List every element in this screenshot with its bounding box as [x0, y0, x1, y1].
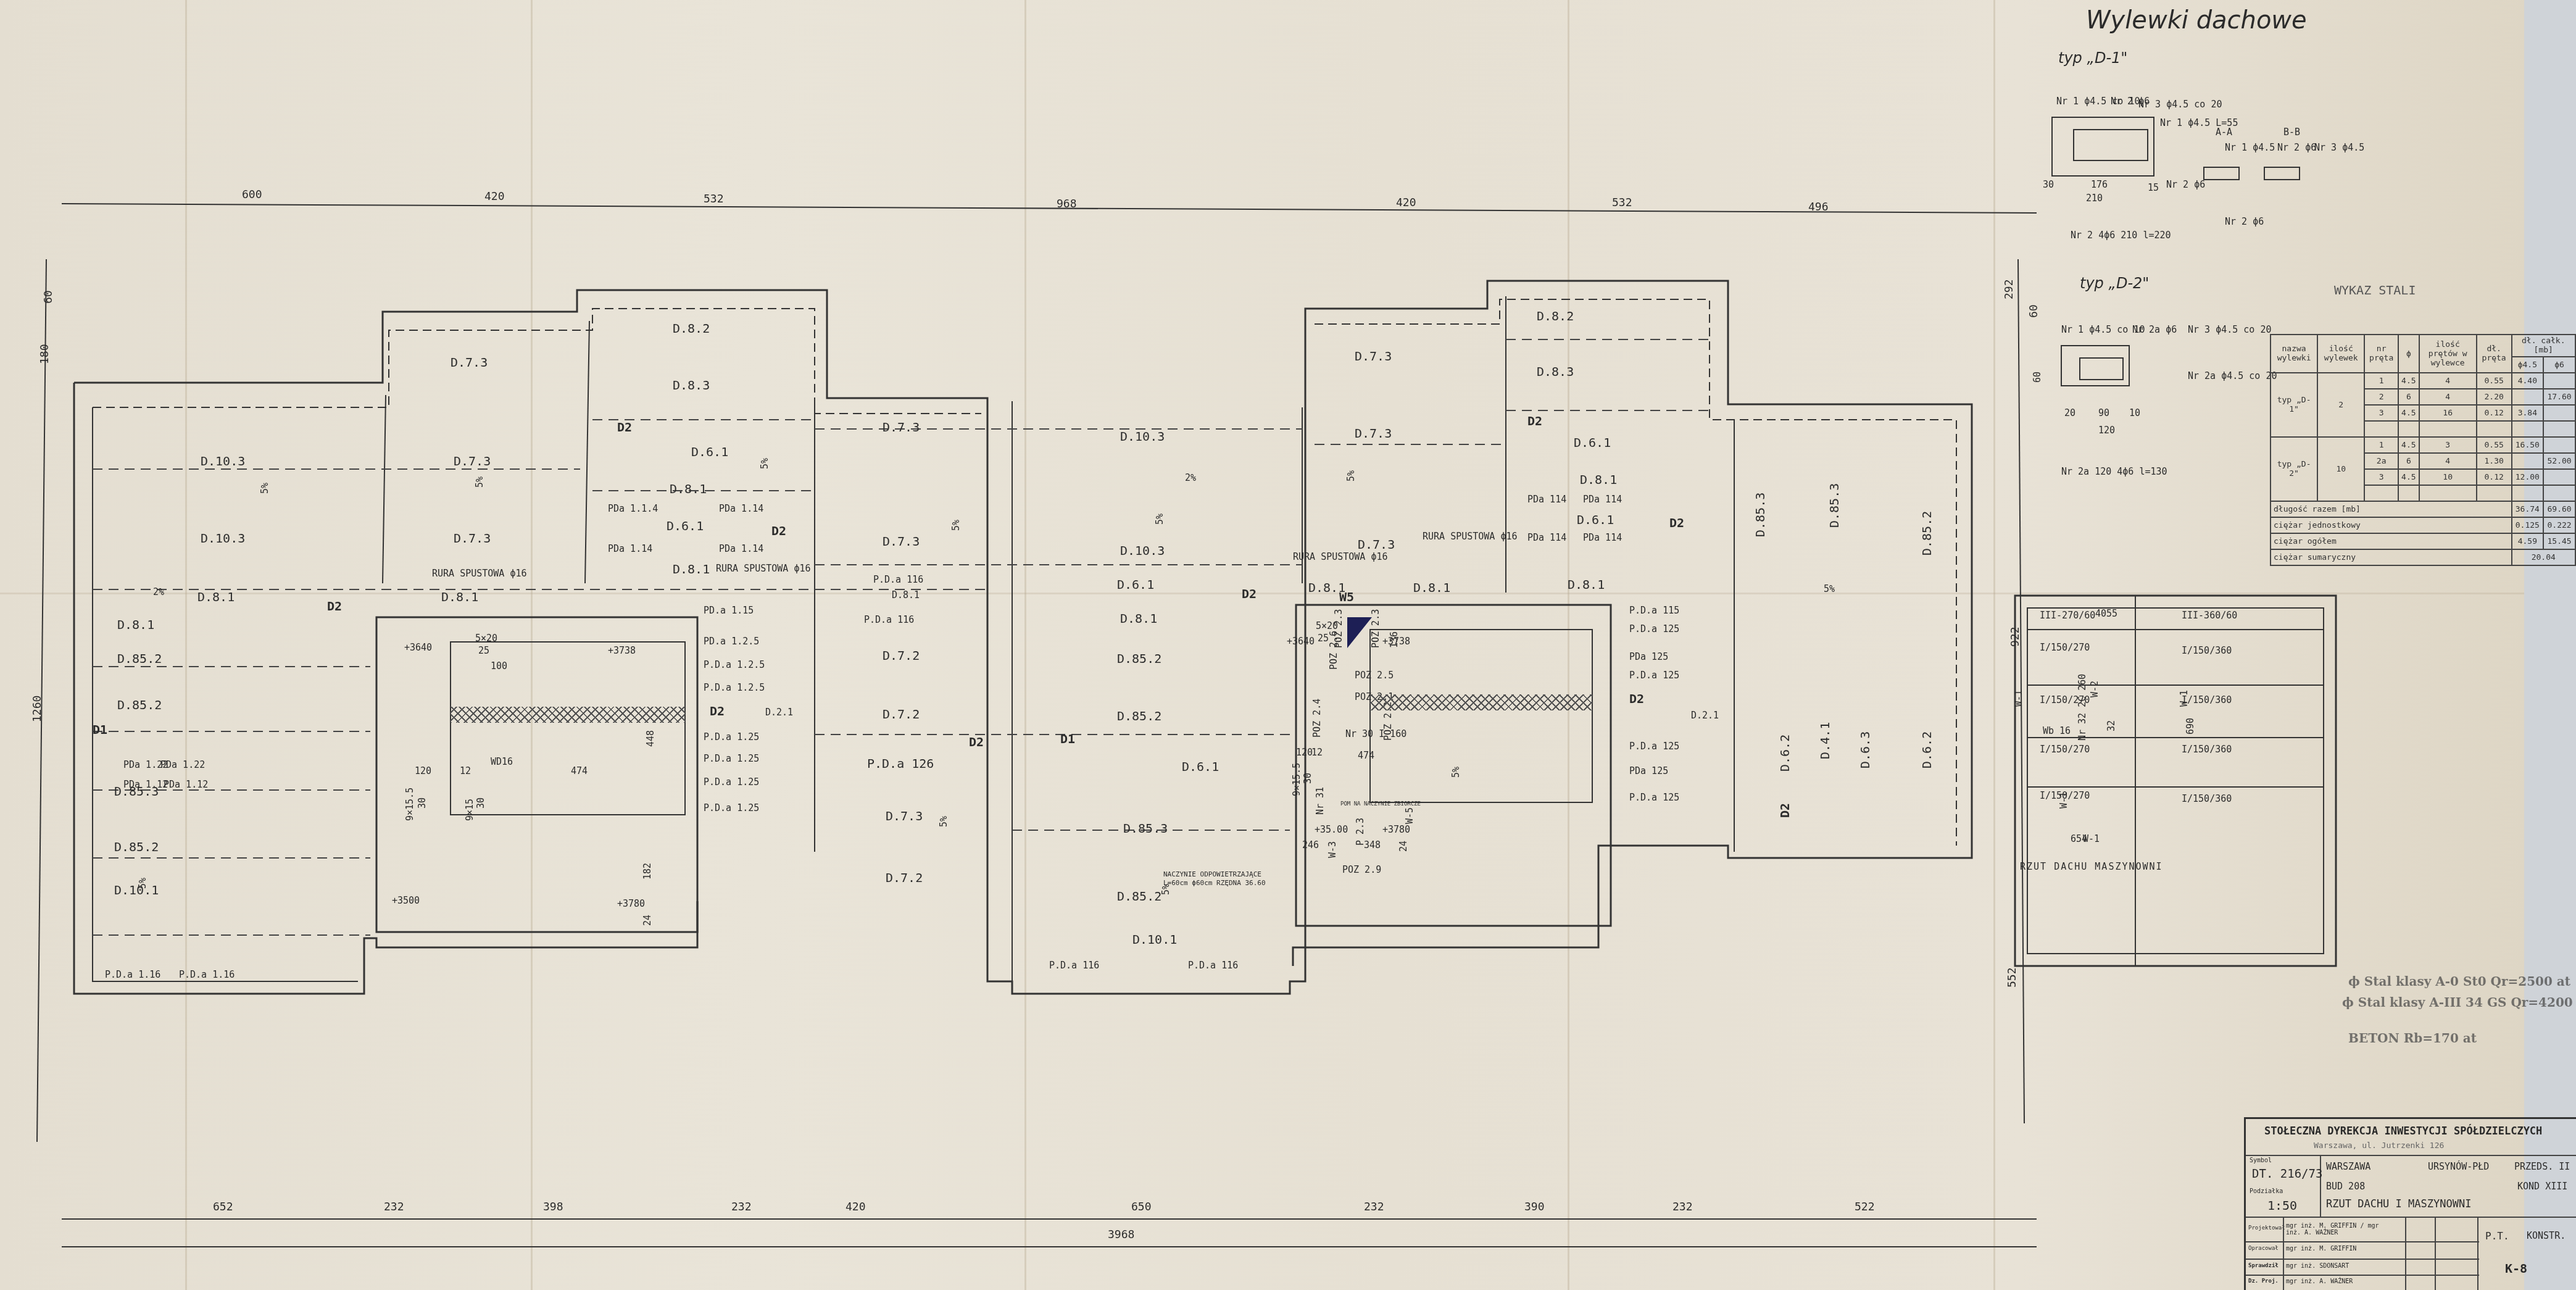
dimension: 532 [1612, 196, 1632, 209]
fill-label: P.D.a 1.2.5 [704, 682, 765, 693]
roof-zone-label: D.7.3 [1355, 349, 1392, 364]
fill-label: PDa 1.14 [719, 503, 763, 514]
scale: 1:50 [2267, 1198, 2297, 1213]
slope-label: 2% [1185, 472, 1196, 483]
roof-zone-label: D.85.2 [114, 839, 159, 854]
dimension: 176 [2091, 179, 2108, 190]
fill-label: PDa 125 [1629, 651, 1668, 662]
slope-label: 5% [1345, 470, 1357, 481]
col-header: ϕ4.5 [2512, 357, 2544, 373]
roof-zone-label: D.8.1 [441, 589, 478, 604]
position-label: POZ 2.5 [1355, 670, 1394, 681]
wall-label: W5 [1339, 589, 1354, 604]
cell [2543, 437, 2575, 453]
rebar-callout: Nr 3 ϕ4.5 co 20 [2138, 99, 2222, 110]
fill-label: PDa 1.12 [123, 779, 168, 790]
cell: 52.00 [2543, 453, 2575, 469]
roof-zone-label: D.8.1 [1120, 611, 1157, 626]
fill-label: P.D.a 1.25 [704, 802, 759, 814]
cell: 0.55 [2477, 437, 2512, 453]
dimension: 600 [242, 188, 262, 201]
col-header: ϕ6 [2543, 357, 2575, 373]
dimension: 968 [1057, 198, 1077, 210]
roof-zone-label: D.6.1 [1117, 577, 1154, 592]
dimension: 12 [1311, 747, 1323, 758]
fill-label: PDa 1.22 [160, 759, 205, 770]
downpipe-label: RURA SPUSTOWA ϕ16 [1293, 551, 1388, 562]
roof-zone-label: D.6.1 [691, 444, 728, 459]
col-header: ilość prętów w wylewce [2419, 335, 2477, 373]
col-header: ϕ [2398, 335, 2419, 373]
cell: 2a [2364, 453, 2398, 469]
rebar-callout: Nr 3 ϕ4.5 co 20 [2188, 324, 2271, 335]
hatched-beam [1370, 694, 1592, 710]
cell: 3.84 [2512, 405, 2544, 421]
wall-label: W-1 [2013, 690, 2024, 707]
steel-table-title: WYKAZ STALI [2334, 283, 2416, 298]
fill-label: P.D.a 116 [873, 574, 923, 585]
slope-label: 5% [759, 458, 770, 469]
elevation-label: +3640 [404, 642, 432, 653]
drawing-title: RZUT DACHU I MASZYNOWNI [2326, 1198, 2471, 1210]
table-row: typ „D-2" 10 1 4.5 3 0.55 16.50 [2271, 437, 2575, 453]
fill-label: PDa 114 [1583, 532, 1622, 543]
cell: 69.60 [2543, 501, 2575, 517]
dimension: 474 [571, 765, 588, 776]
slope-label: 5% [259, 483, 270, 494]
cell: 0.55 [2477, 373, 2512, 389]
fill-label: P.D.a 116 [864, 614, 914, 625]
table-row: długość razem [mb] 36.74 69.60 [2271, 501, 2575, 517]
person-name: mgr inż. M. GRIFFIN / mgr inż. A. WAŻNER [2286, 1223, 2385, 1236]
elevation-label: +3780 [1382, 824, 1410, 835]
panel-label: I/150/270 [2040, 744, 2090, 755]
slope-label: 2% [153, 586, 164, 597]
fill-label: D.2.1 [1691, 710, 1719, 721]
cell: 1 [2364, 373, 2398, 389]
roof-zone-label: D.8.1 [673, 562, 710, 576]
section-aa-shape [2203, 167, 2240, 180]
roof-zone-label: D.6.1 [667, 518, 704, 533]
fill-label: PDa 1.14 [719, 543, 763, 554]
dimension: 4055 [2095, 608, 2117, 619]
cell: 1 [2364, 437, 2398, 453]
detail-title: typ „D-1" [2058, 49, 2127, 67]
stair-label: 9×15.5 [1291, 763, 1302, 796]
roof-zone-label: D.7.3 [454, 454, 491, 468]
bar-shape: Nr 2 4ϕ6 210 l=220 [2071, 230, 2171, 241]
panel-label: III-270/60 [2040, 610, 2095, 621]
cell: ciężar jednostkowy [2271, 517, 2512, 533]
sheet-number: K-8 [2505, 1261, 2527, 1276]
slope-label: 5% [938, 816, 949, 827]
slope-label: 5% [137, 878, 148, 889]
material-note: BETON Rb=170 at [2348, 1031, 2477, 1046]
section: PRZEDS. II [2514, 1161, 2570, 1172]
fill-label: P.D.a 116 [1049, 960, 1099, 971]
cell: 0.12 [2477, 469, 2512, 485]
cell: 10 [2317, 437, 2364, 501]
fill-label: P.D.a 125 [1629, 670, 1679, 681]
roof-zone-label: D.8.3 [673, 378, 710, 393]
person-name: mgr inż. A. WAŻNER [2286, 1278, 2353, 1285]
rebar-callout: Nr 1 ϕ4.5 [2225, 142, 2275, 153]
roof-zone-label: D.7.3 [883, 534, 920, 549]
dimension: 180 [38, 344, 51, 364]
fill-label: P.D.a 1.25 [704, 776, 759, 788]
cell: 20.04 [2512, 549, 2576, 565]
role: Projektował [2248, 1225, 2285, 1231]
roof-zone-label: D.85.2 [1117, 709, 1161, 723]
fill-label: P.D.a 1.25 [704, 731, 759, 743]
downpipe-label: RURA SPUSTOWA ϕ16 [432, 568, 527, 579]
cell: 1.30 [2477, 453, 2512, 469]
stair-label: 9×15.5 [404, 788, 415, 821]
col-header: dł. pręta [2477, 335, 2512, 373]
roof-zone-label: D.10.3 [1120, 543, 1165, 558]
table-row: typ „D-1" 2 1 4.5 4 0.55 4.40 [2271, 373, 2575, 389]
dimension: 348 [1364, 839, 1381, 851]
position-label: POZ 2.4 [1311, 699, 1323, 738]
slab-label: D2 [1669, 515, 1684, 530]
detail-title: typ „D-2" [2080, 275, 2149, 292]
fill-label: P.D.a 126 [867, 756, 934, 771]
table-row: ciężar jednostkowy 0.125 0.222 [2271, 517, 2575, 533]
table-row: ciężar ogółem 4.59 15.45 [2271, 533, 2575, 549]
dimension: 246 [1302, 839, 1319, 851]
dimension: 690 [2185, 718, 2196, 734]
fill-label: P.D.a 1.16 [105, 969, 160, 980]
fill-label: P.D.a 116 [1188, 960, 1238, 971]
dimension: 60 [2032, 372, 2043, 383]
roof-zone-label: D.7.3 [1358, 537, 1395, 552]
symbol-label: Symbol [2250, 1157, 2272, 1164]
fill-label: PDa 114 [1527, 494, 1566, 505]
roof-zone-label: D.6.2 [1777, 734, 1792, 772]
col-header: nr pręta [2364, 335, 2398, 373]
material-note: ϕ Stal klasy A-III 34 GS Qr=4200 at [2342, 995, 2576, 1010]
rebar-callout: Nr 2a ϕ4.5 co 20 [2188, 370, 2277, 381]
dimension: 10 [2129, 407, 2140, 418]
dimension: 60 [2027, 304, 2040, 318]
stair-label: 9×15 [464, 799, 475, 821]
slab-label: D2 [1527, 414, 1542, 428]
fill-label: PDa 114 [1527, 532, 1566, 543]
stair-label: 25 [478, 645, 489, 656]
roof-zone-label: D.8.1 [1580, 472, 1617, 487]
pipe-label: Wb 16 [2043, 725, 2071, 736]
slab-label: D2 [771, 523, 786, 538]
machine-room-caption: RZUT DACHU MASZYNOWNI [2020, 861, 2163, 872]
panel-label: I/150/360 [2182, 744, 2232, 755]
cell: 10 [2419, 469, 2477, 485]
stair-label: 30 [1302, 773, 1313, 784]
dimension: 292 [2003, 279, 2016, 299]
fill-label: PDa 114 [1583, 494, 1622, 505]
rebar-callout: Nr 2 ϕ6 [2277, 142, 2316, 153]
role: Sprawdził [2248, 1263, 2279, 1269]
roof-zone-label: D.8.1 [892, 589, 920, 601]
roof-zone-label: D.7.3 [1355, 426, 1392, 441]
roof-zone-label: D.7.2 [886, 870, 923, 885]
panel-label: I/150/360 [2182, 645, 2232, 656]
fill-label: PDa 1.1.4 [608, 503, 658, 514]
dimension: 136 [1389, 631, 1400, 648]
dimension: 654 [2071, 833, 2087, 844]
role: Opracował [2248, 1246, 2279, 1252]
section-title: B-B [2283, 127, 2300, 138]
dimension: 120 [2098, 425, 2115, 436]
dimension: 552 [2006, 967, 2019, 988]
roof-zone-label: D.8.2 [1537, 309, 1574, 323]
dimension: 650 [1131, 1201, 1152, 1213]
slab-label: D2 [617, 420, 632, 435]
dimension: 120 [1296, 747, 1313, 758]
fill-label: PDa 1.14 [608, 543, 652, 554]
roof-zone-label: D.7.3 [883, 420, 920, 435]
slab-label: D2 [969, 734, 984, 749]
roof-zone-label: D.6.1 [1574, 435, 1611, 450]
sheet-title: Wylewki dachowe [2086, 6, 2307, 35]
slab-label: D1 [1060, 731, 1075, 746]
roof-zone-label: D.85.3 [1123, 821, 1168, 836]
slope-label: 5% [474, 476, 485, 488]
cell: 2 [2317, 373, 2364, 437]
roof-zone-label: D.7.2 [883, 707, 920, 722]
fill-label: P.D.a 1.16 [179, 969, 235, 980]
downpipe-label: RURA SPUSTOWA ϕ16 [1423, 531, 1518, 542]
cell [2543, 405, 2575, 421]
cell: 0.222 [2543, 517, 2575, 533]
dimension: 496 [1808, 201, 1829, 214]
roof-zone-label: D.6.1 [1182, 759, 1219, 774]
elevation-label: +3500 [392, 895, 420, 906]
person-name: mgr inż. SDONSART [2286, 1263, 2349, 1270]
col-header: ilość wylewek [2317, 335, 2364, 373]
dimension: 24 [1398, 841, 1409, 852]
cell: 15.45 [2543, 533, 2575, 549]
pipe-label: WD16 [491, 756, 513, 767]
bar-label: Nr 31 [1315, 787, 1326, 815]
dimension: 420 [846, 1201, 866, 1213]
cell: 16 [2419, 405, 2477, 421]
cell: 6 [2398, 389, 2419, 405]
downpipe-label: RURA SPUSTOWA ϕ16 [716, 563, 811, 574]
cell: 0.125 [2512, 517, 2544, 533]
roof-zone-label: D.7.2 [883, 648, 920, 663]
kond: KOND XIII [2517, 1181, 2567, 1192]
section-title: A-A [2216, 127, 2232, 138]
dimension: 390 [1524, 1201, 1545, 1213]
fill-label: PD.a 1.15 [704, 605, 754, 616]
cell: 4.40 [2512, 373, 2544, 389]
dimension: 20 [2064, 407, 2075, 418]
rebar-callout: Nr 2 ϕ6 [2166, 179, 2205, 190]
dimension: 210 [2086, 193, 2103, 204]
fill-label: P.D.a 115 [1629, 605, 1679, 616]
cell [2512, 389, 2544, 405]
elevation-label: +3738 [608, 645, 636, 656]
roof-zone-label: D.85.2 [117, 697, 162, 712]
slope-label: 5% [1154, 514, 1165, 525]
roof-zone-label: D.10.3 [1120, 429, 1165, 444]
cell: 6 [2398, 453, 2419, 469]
hatched-beam [451, 707, 685, 723]
roof-zone-label: D.85.2 [1919, 511, 1934, 556]
fill-label: PD.a 1.2.5 [704, 636, 759, 647]
slope-label: 5% [1450, 767, 1461, 778]
fill-label: P.D.a 1.2.5 [704, 659, 765, 670]
roof-zone-label: D.85.2 [1117, 651, 1161, 666]
cell: 4 [2419, 373, 2477, 389]
slope-label: 5% [950, 520, 962, 531]
dimension: 30 [2043, 179, 2054, 190]
fill-label: PDa 125 [1629, 765, 1668, 776]
organization: STOŁECZNA DYREKCJA INWESTYCJI SPÓŁDZIELC… [2264, 1125, 2542, 1138]
stair-label: 5×20 [475, 633, 497, 644]
district: URSYNÓW-PŁD [2428, 1161, 2489, 1172]
slab-label: D2 [710, 704, 725, 718]
col-header: dł. całk. [mb] [2512, 335, 2576, 357]
cell: 4.5 [2398, 373, 2419, 389]
roof-zone-label: D.8.1 [1413, 580, 1450, 595]
cell: 4.5 [2398, 405, 2419, 421]
dimension: 24 [642, 915, 653, 926]
roof-zone-label: D.7.3 [886, 809, 923, 823]
slab-label: D2 [1242, 586, 1257, 601]
rebar-callout: Nr 3 ϕ4.5 [2314, 142, 2364, 153]
roof-zone-label: D.7.3 [454, 531, 491, 546]
title-block: STOŁECZNA DYREKCJA INWESTYCJI SPÓŁDZIELC… [2244, 1117, 2576, 1290]
cell: 4 [2419, 389, 2477, 405]
stage: P.T. [2485, 1230, 2509, 1242]
roof-zone-label: D.8.2 [673, 321, 710, 336]
beam-label: Nr 32 2C 260 [2077, 674, 2088, 741]
elevation-label: +35.00 [1315, 824, 1348, 835]
col-header: nazwa wylewki [2271, 335, 2317, 373]
material-note: ϕ Stal klasy A-0 St0 Qr=2500 at [2348, 974, 2570, 989]
dimension: 232 [1672, 1201, 1693, 1213]
dimension: 448 [645, 730, 656, 747]
roof-zone-label: D.85.2 [117, 651, 162, 666]
dimension: 232 [384, 1201, 404, 1213]
branch: KONSTR. [2527, 1230, 2566, 1241]
dimension: 652 [213, 1201, 233, 1213]
fill-label: P.D.a 125 [1629, 623, 1679, 635]
dimension: 32 [2106, 720, 2117, 731]
panel-label: I/150/270 [2040, 642, 2090, 653]
roof-zone-label: D.10.3 [201, 454, 245, 468]
wall-label: W-3 [1327, 841, 1338, 858]
roof-zone-label: D.85.2 [1117, 889, 1161, 904]
cell: 3 [2364, 405, 2398, 421]
dimension: 90 [2098, 407, 2109, 418]
slope-label: 5% [1824, 583, 1835, 594]
dimension: 120 [415, 765, 431, 776]
roof-zone-label: D.7.3 [451, 355, 488, 370]
elevation-label: +3640 [1287, 636, 1315, 647]
fill-label: P.D.a 125 [1629, 741, 1679, 752]
role: Dz. Proj. [2248, 1278, 2279, 1284]
dimension: 1260 [31, 696, 44, 722]
person-name: mgr inż. M. GRIFFIN [2286, 1246, 2356, 1252]
roof-zone-label: D.6.3 [1858, 731, 1872, 768]
cell: 4.59 [2512, 533, 2544, 549]
dimension: 182 [642, 863, 653, 880]
fill-label: D.2.1 [765, 707, 793, 718]
dimension: 420 [484, 190, 505, 203]
cell: 17.60 [2543, 389, 2575, 405]
table-row: ciężar sumaryczny 20.04 [2271, 549, 2575, 565]
rebar-callout: Nr 2a ϕ6 [2132, 324, 2177, 335]
fill-label: P.D.a 1.25 [704, 753, 759, 764]
cell [2543, 373, 2575, 389]
slab-label: D1 [93, 722, 107, 737]
slab-label: D2 [327, 599, 342, 614]
steel-schedule-table: nazwa wylewki ilość wylewek nr pręta ϕ i… [2270, 334, 2576, 566]
cell: 3 [2419, 437, 2477, 453]
cell: typ „D-2" [2271, 437, 2317, 501]
roof-zone-label: D.8.1 [670, 481, 707, 496]
cell: 4.5 [2398, 437, 2419, 453]
cell [2512, 453, 2544, 469]
dimension: 232 [731, 1201, 752, 1213]
cell: 0.12 [2477, 405, 2512, 421]
wall-label: W-1 [2058, 792, 2069, 809]
roof-zone-label: D.85.3 [1827, 483, 1842, 528]
stair-label: 30 [417, 797, 428, 809]
symbol: DT. 216/73 [2252, 1167, 2322, 1181]
slab-label: D2 [1629, 691, 1644, 706]
dimension: 532 [704, 193, 724, 206]
dimension: 398 [543, 1201, 563, 1213]
total-dimension: 3968 [1108, 1228, 1134, 1241]
stair-label: 100 [491, 660, 507, 672]
cell: ciężar ogółem [2271, 533, 2512, 549]
roof-zone-label: D.10.3 [201, 531, 245, 546]
section-bb-shape [2264, 167, 2300, 180]
wall-label: W-2 [2089, 681, 2100, 697]
wall-label: W-5 [1404, 807, 1415, 824]
position-label: POZ 2.3 [1333, 609, 1344, 648]
stair-label: 25 [1318, 633, 1329, 644]
roof-zone-label: D.4.1 [1818, 722, 1832, 759]
cell: 4.5 [2398, 469, 2419, 485]
dimension: 522 [1855, 1201, 1875, 1213]
dimension: 420 [1396, 196, 1416, 209]
cell: typ „D-1" [2271, 373, 2317, 437]
roof-zone-label: D.85.3 [1753, 493, 1768, 537]
dimension: 60 [42, 290, 55, 304]
wall-label: W-1 [2179, 690, 2190, 707]
panel-label: I/150/360 [2182, 793, 2232, 804]
roof-zone-label: D.8.1 [1568, 577, 1605, 592]
dimension: 474 [1358, 750, 1374, 761]
cell: 3 [2364, 469, 2398, 485]
hatch-marker [1347, 617, 1372, 648]
roof-zone-label: D.8.3 [1537, 364, 1574, 379]
roof-zone-label: D.6.1 [1577, 512, 1614, 527]
dimension: 922 [2009, 626, 2022, 647]
dimension: 12 [460, 765, 471, 776]
address: Warszawa, ul. Jutrzenki 126 [2314, 1141, 2444, 1151]
roof-zone-label: D.6.2 [1919, 731, 1934, 768]
stair-label: 30 [475, 797, 486, 809]
dimension: 232 [1364, 1201, 1384, 1213]
scale-label: Podziałka [2250, 1188, 2283, 1195]
cell: 2.20 [2477, 389, 2512, 405]
elevation-label: +3780 [617, 898, 645, 909]
